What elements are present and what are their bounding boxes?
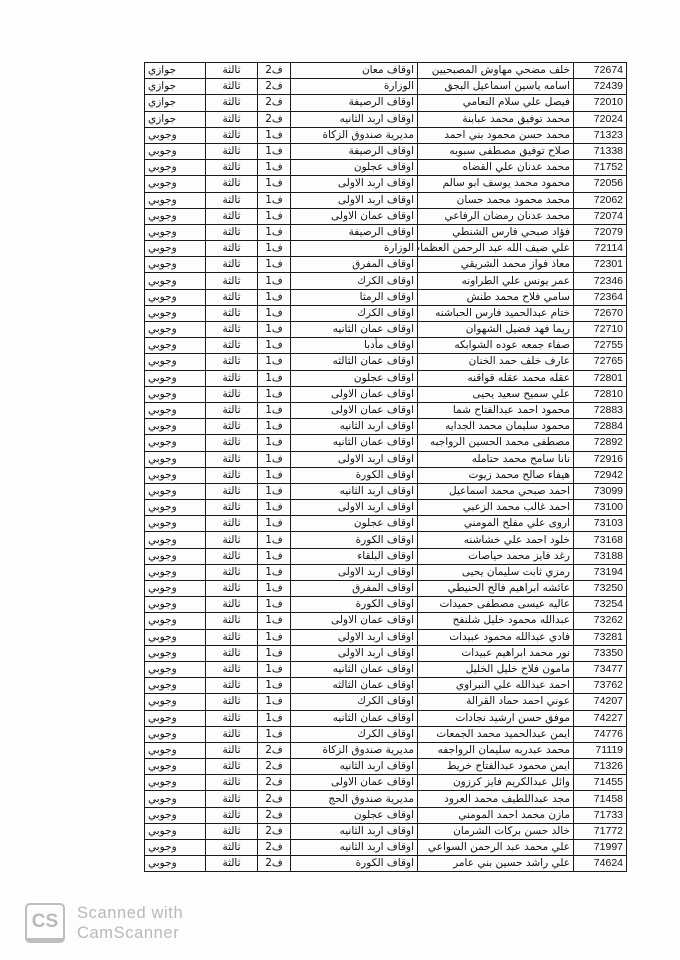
table-row: وجوبيثالثةف1اوقاف الكركايمن عبدالحميد مح… bbox=[145, 726, 627, 742]
type-cell: وجوبي bbox=[145, 467, 206, 483]
table-row: وجوبيثالثةف1اوقاف عجلونعقله محمد عقله قو… bbox=[145, 370, 627, 386]
name-cell: ريما فهد فضيل الشهوان bbox=[418, 322, 574, 338]
name-cell: محمد توفيق محمد عبابنة bbox=[418, 111, 574, 127]
category-cell: ف1 bbox=[258, 483, 291, 499]
category-cell: ف1 bbox=[258, 305, 291, 321]
department-cell: اوقاف عمان الثالثه bbox=[291, 354, 418, 370]
type-cell: وجوبي bbox=[145, 338, 206, 354]
category-cell: ف1 bbox=[258, 645, 291, 661]
table-row: وجوبيثالثةف1اوقاف الكركعمر يونس علي الطر… bbox=[145, 273, 627, 289]
department-cell: اوقاف عمان الثانيه bbox=[291, 710, 418, 726]
id-cell: 73194 bbox=[574, 564, 627, 580]
name-cell: محمد عدنان علي القضاه bbox=[418, 160, 574, 176]
department-cell: اوقاف عمان الاولى bbox=[291, 402, 418, 418]
name-cell: رمزي ثابت سليمان يحيى bbox=[418, 564, 574, 580]
table-row: جوازيثالثةف2الوزارةاسامه ياسين اسماعيل ا… bbox=[145, 79, 627, 95]
department-cell: الوزارة bbox=[291, 241, 418, 257]
name-cell: خلود احمد علي خشاشنه bbox=[418, 532, 574, 548]
type-cell: وجوبي bbox=[145, 807, 206, 823]
department-cell: اوقاف الكورة bbox=[291, 467, 418, 483]
name-cell: نور محمد ابراهيم عبيدات bbox=[418, 645, 574, 661]
grade-cell: ثالثة bbox=[206, 823, 258, 839]
type-cell: جوازي bbox=[145, 111, 206, 127]
table-row: وجوبيثالثةف1اوقاف عجلونمحمد عدنان علي ال… bbox=[145, 160, 627, 176]
name-cell: احمد عبدالله علي النبراوي bbox=[418, 678, 574, 694]
category-cell: ف1 bbox=[258, 581, 291, 597]
id-cell: 73477 bbox=[574, 661, 627, 677]
name-cell: علي سميح سعيد يحيى bbox=[418, 386, 574, 402]
name-cell: فيصل علي سلام النعامي bbox=[418, 95, 574, 111]
type-cell: وجوبي bbox=[145, 823, 206, 839]
grade-cell: ثالثة bbox=[206, 208, 258, 224]
department-cell: اوقاف المفرق bbox=[291, 257, 418, 273]
name-cell: موفق حسن ارشيد نجادات bbox=[418, 710, 574, 726]
table-row: وجوبيثالثةف2مديرية صندوق الزكاةمحمد عبدر… bbox=[145, 742, 627, 758]
id-cell: 73188 bbox=[574, 548, 627, 564]
name-cell: محمود احمد عبدالفتاح شما bbox=[418, 402, 574, 418]
category-cell: ف1 bbox=[258, 143, 291, 159]
id-cell: 72765 bbox=[574, 354, 627, 370]
name-cell: مازن محمد احمد المومني bbox=[418, 807, 574, 823]
department-cell: اوقاف اربد الاولى bbox=[291, 192, 418, 208]
type-cell: وجوبي bbox=[145, 710, 206, 726]
grade-cell: ثالثة bbox=[206, 95, 258, 111]
type-cell: وجوبي bbox=[145, 742, 206, 758]
department-cell: اوقاف عجلون bbox=[291, 516, 418, 532]
table-row: وجوبيثالثةف1اوقاف المفرقمعاذ فواز محمد ا… bbox=[145, 257, 627, 273]
table-row: وجوبيثالثةف1مديرية صندوق الزكاةمحمد حسن … bbox=[145, 127, 627, 143]
name-cell: عارف خلف حمد الخنان bbox=[418, 354, 574, 370]
name-cell: احمد صبحي محمد اسماعيل bbox=[418, 483, 574, 499]
category-cell: ف1 bbox=[258, 532, 291, 548]
id-cell: 72810 bbox=[574, 386, 627, 402]
table-row: وجوبيثالثةف1اوقاف الرصيفةصلاح توفيق مصطف… bbox=[145, 143, 627, 159]
department-cell: اوقاف عمان الاولى bbox=[291, 208, 418, 224]
table-row: وجوبيثالثةف1اوقاف اربد الاولىفادي عبدالل… bbox=[145, 629, 627, 645]
table-row: وجوبيثالثةف1اوقاف عمان الاولىعلي سميح سع… bbox=[145, 386, 627, 402]
grade-cell: ثالثة bbox=[206, 483, 258, 499]
table-row: جوازيثالثةف2اوقاف اربد الثانيهمحمد توفيق… bbox=[145, 111, 627, 127]
type-cell: وجوبي bbox=[145, 322, 206, 338]
grade-cell: ثالثة bbox=[206, 176, 258, 192]
category-cell: ف1 bbox=[258, 678, 291, 694]
name-cell: فؤاد صبحي فارس الشنطي bbox=[418, 224, 574, 240]
category-cell: ف1 bbox=[258, 338, 291, 354]
name-cell: نانا سامح محمد حتامله bbox=[418, 451, 574, 467]
department-cell: اوقاف الكورة bbox=[291, 532, 418, 548]
department-cell: اوقاف اربد الثانيه bbox=[291, 483, 418, 499]
department-cell: اوقاف عمان الاولى bbox=[291, 386, 418, 402]
table-row: وجوبيثالثةف1اوقاف اربد الثانيهمحمود سليم… bbox=[145, 419, 627, 435]
department-cell: اوقاف اربد الثانيه bbox=[291, 759, 418, 775]
name-cell: احمد غالب محمد الزعبي bbox=[418, 500, 574, 516]
category-cell: ف1 bbox=[258, 419, 291, 435]
type-cell: وجوبي bbox=[145, 694, 206, 710]
grade-cell: ثالثة bbox=[206, 775, 258, 791]
grade-cell: ثالثة bbox=[206, 645, 258, 661]
category-cell: ف2 bbox=[258, 742, 291, 758]
grade-cell: ثالثة bbox=[206, 451, 258, 467]
name-cell: عاليه عيسى مصطفى حميدات bbox=[418, 597, 574, 613]
name-cell: اسامه ياسين اسماعيل البجق bbox=[418, 79, 574, 95]
id-cell: 72670 bbox=[574, 305, 627, 321]
id-cell: 73281 bbox=[574, 629, 627, 645]
table-row: وجوبيثالثةف1اوقاف اربد الاولىنانا سامح م… bbox=[145, 451, 627, 467]
department-cell: اوقاف اربد الثانيه bbox=[291, 419, 418, 435]
camscanner-logo-icon: CS bbox=[25, 903, 65, 943]
grade-cell: ثالثة bbox=[206, 467, 258, 483]
type-cell: وجوبي bbox=[145, 289, 206, 305]
id-cell: 72010 bbox=[574, 95, 627, 111]
name-cell: وائل عبدالكريم فايز كرزون bbox=[418, 775, 574, 791]
department-cell: اوقاف عمان الثانيه bbox=[291, 661, 418, 677]
name-cell: مجد عبداللطيف محمد العرود bbox=[418, 791, 574, 807]
watermark-line1: Scanned with bbox=[77, 903, 183, 923]
grade-cell: ثالثة bbox=[206, 564, 258, 580]
type-cell: وجوبي bbox=[145, 548, 206, 564]
department-cell: اوقاف الكرك bbox=[291, 694, 418, 710]
category-cell: ف2 bbox=[258, 111, 291, 127]
category-cell: ف1 bbox=[258, 370, 291, 386]
grade-cell: ثالثة bbox=[206, 160, 258, 176]
category-cell: ف1 bbox=[258, 257, 291, 273]
grade-cell: ثالثة bbox=[206, 694, 258, 710]
category-cell: ف1 bbox=[258, 661, 291, 677]
scanned-page: جوازيثالثةف2اوقاف معانخلف مضحي مهاوش الم… bbox=[0, 0, 680, 960]
type-cell: وجوبي bbox=[145, 564, 206, 580]
name-cell: ختام عبدالحميد فارس الحباشنه bbox=[418, 305, 574, 321]
type-cell: وجوبي bbox=[145, 483, 206, 499]
table-row: وجوبيثالثةف1اوقاف اربد الاولىمحمود محمد … bbox=[145, 176, 627, 192]
name-cell: عقله محمد عقله قواقنه bbox=[418, 370, 574, 386]
department-cell: مديرية صندوق الزكاة bbox=[291, 127, 418, 143]
department-cell: اوقاف الكرك bbox=[291, 726, 418, 742]
table-row: وجوبيثالثةف2اوقاف اربد الثانيهعلي محمد ع… bbox=[145, 840, 627, 856]
table-row: وجوبيثالثةف1الوزارةعلي ضيف الله عبد الرح… bbox=[145, 241, 627, 257]
type-cell: جوازي bbox=[145, 95, 206, 111]
department-cell: اوقاف اربد الاولى bbox=[291, 564, 418, 580]
type-cell: وجوبي bbox=[145, 451, 206, 467]
department-cell: اوقاف الرمثا bbox=[291, 289, 418, 305]
category-cell: ف1 bbox=[258, 726, 291, 742]
name-cell: محمود محمد يوسف ابو سالم bbox=[418, 176, 574, 192]
category-cell: ف1 bbox=[258, 127, 291, 143]
id-cell: 71323 bbox=[574, 127, 627, 143]
type-cell: وجوبي bbox=[145, 305, 206, 321]
grade-cell: ثالثة bbox=[206, 500, 258, 516]
grade-cell: ثالثة bbox=[206, 613, 258, 629]
name-cell: فادي عبدالله محمود عبيدات bbox=[418, 629, 574, 645]
id-cell: 72056 bbox=[574, 176, 627, 192]
grade-cell: ثالثة bbox=[206, 192, 258, 208]
department-cell: اوقاف الكرك bbox=[291, 305, 418, 321]
department-cell: اوقاف الكرك bbox=[291, 273, 418, 289]
grade-cell: ثالثة bbox=[206, 678, 258, 694]
category-cell: ف1 bbox=[258, 629, 291, 645]
type-cell: وجوبي bbox=[145, 726, 206, 742]
id-cell: 74624 bbox=[574, 856, 627, 872]
table-row: وجوبيثالثةف2اوقاف عجلونمازن محمد احمد ال… bbox=[145, 807, 627, 823]
employee-table: جوازيثالثةف2اوقاف معانخلف مضحي مهاوش الم… bbox=[144, 62, 627, 872]
department-cell: اوقاف عمان الاولى bbox=[291, 613, 418, 629]
table-row: وجوبيثالثةف1اوقاف اربد الاولىاحمد غالب م… bbox=[145, 500, 627, 516]
id-cell: 73099 bbox=[574, 483, 627, 499]
category-cell: ف2 bbox=[258, 791, 291, 807]
id-cell: 71733 bbox=[574, 807, 627, 823]
table-row: وجوبيثالثةف1اوقاف عمان الثالثهاحمد عبدال… bbox=[145, 678, 627, 694]
grade-cell: ثالثة bbox=[206, 273, 258, 289]
table-row: وجوبيثالثةف1اوقاف عمان الثانيهمامون فلاح… bbox=[145, 661, 627, 677]
table-row: وجوبيثالثةف1اوقاف عجلوناروى علي مفلح الم… bbox=[145, 516, 627, 532]
grade-cell: ثالثة bbox=[206, 742, 258, 758]
grade-cell: ثالثة bbox=[206, 629, 258, 645]
watermark-text: Scanned with CamScanner bbox=[77, 903, 183, 943]
category-cell: ف1 bbox=[258, 710, 291, 726]
id-cell: 72801 bbox=[574, 370, 627, 386]
type-cell: وجوبي bbox=[145, 241, 206, 257]
table-row: وجوبيثالثةف2اوقاف اربد الثانيهايمن محمود… bbox=[145, 759, 627, 775]
type-cell: وجوبي bbox=[145, 224, 206, 240]
id-cell: 72062 bbox=[574, 192, 627, 208]
category-cell: ف1 bbox=[258, 500, 291, 516]
table-row: وجوبيثالثةف1اوقاف عمان الثالثهعارف خلف ح… bbox=[145, 354, 627, 370]
department-cell: اوقاف الرصيفة bbox=[291, 95, 418, 111]
type-cell: وجوبي bbox=[145, 629, 206, 645]
watermark-line2: CamScanner bbox=[77, 923, 183, 943]
category-cell: ف1 bbox=[258, 516, 291, 532]
grade-cell: ثالثة bbox=[206, 79, 258, 95]
type-cell: وجوبي bbox=[145, 435, 206, 451]
type-cell: وجوبي bbox=[145, 500, 206, 516]
grade-cell: ثالثة bbox=[206, 807, 258, 823]
table-row: وجوبيثالثةف1اوقاف عمان الثانيهريما فهد ف… bbox=[145, 322, 627, 338]
name-cell: محمد محمود محمد حسان bbox=[418, 192, 574, 208]
category-cell: ف1 bbox=[258, 289, 291, 305]
id-cell: 72439 bbox=[574, 79, 627, 95]
id-cell: 72674 bbox=[574, 63, 627, 79]
id-cell: 72892 bbox=[574, 435, 627, 451]
type-cell: وجوبي bbox=[145, 516, 206, 532]
grade-cell: ثالثة bbox=[206, 581, 258, 597]
name-cell: عبدالله محمود خليل شلنفح bbox=[418, 613, 574, 629]
id-cell: 72710 bbox=[574, 322, 627, 338]
table-row: وجوبيثالثةف2اوقاف اربد الثانيهخالد حسن ب… bbox=[145, 823, 627, 839]
department-cell: اوقاف عجلون bbox=[291, 370, 418, 386]
type-cell: وجوبي bbox=[145, 208, 206, 224]
id-cell: 72883 bbox=[574, 402, 627, 418]
department-cell: اوقاف معان bbox=[291, 63, 418, 79]
id-cell: 72884 bbox=[574, 419, 627, 435]
grade-cell: ثالثة bbox=[206, 63, 258, 79]
table-row: وجوبيثالثةف1اوقاف اربد الاولىرمزي ثابت س… bbox=[145, 564, 627, 580]
id-cell: 72942 bbox=[574, 467, 627, 483]
table-row: وجوبيثالثةف1اوقاف عمان الاولىمحمود احمد … bbox=[145, 402, 627, 418]
category-cell: ف1 bbox=[258, 386, 291, 402]
table-row: وجوبيثالثةف1اوقاف عمان الثانيهموفق حسن ا… bbox=[145, 710, 627, 726]
table-row: وجوبيثالثةف2مديرية صندوق الحجمجد عبداللط… bbox=[145, 791, 627, 807]
type-cell: وجوبي bbox=[145, 127, 206, 143]
type-cell: وجوبي bbox=[145, 273, 206, 289]
category-cell: ف1 bbox=[258, 224, 291, 240]
department-cell: اوقاف البلقاء bbox=[291, 548, 418, 564]
grade-cell: ثالثة bbox=[206, 322, 258, 338]
type-cell: وجوبي bbox=[145, 419, 206, 435]
type-cell: وجوبي bbox=[145, 143, 206, 159]
type-cell: وجوبي bbox=[145, 402, 206, 418]
id-cell: 73254 bbox=[574, 597, 627, 613]
category-cell: ف2 bbox=[258, 759, 291, 775]
grade-cell: ثالثة bbox=[206, 856, 258, 872]
category-cell: ف2 bbox=[258, 807, 291, 823]
category-cell: ف1 bbox=[258, 354, 291, 370]
grade-cell: ثالثة bbox=[206, 386, 258, 402]
name-cell: اروى علي مفلح المومني bbox=[418, 516, 574, 532]
category-cell: ف2 bbox=[258, 95, 291, 111]
table-body: جوازيثالثةف2اوقاف معانخلف مضحي مهاوش الم… bbox=[145, 63, 627, 872]
table-row: وجوبيثالثةف2اوقاف الكورةعلي راشد حسين بن… bbox=[145, 856, 627, 872]
grade-cell: ثالثة bbox=[206, 840, 258, 856]
table-row: وجوبيثالثةف1اوقاف مأدباصفاء جمعه عوده ال… bbox=[145, 338, 627, 354]
id-cell: 73100 bbox=[574, 500, 627, 516]
type-cell: وجوبي bbox=[145, 678, 206, 694]
table-row: وجوبيثالثةف1اوقاف البلقاءرغد فايز محمد ح… bbox=[145, 548, 627, 564]
grade-cell: ثالثة bbox=[206, 338, 258, 354]
id-cell: 72755 bbox=[574, 338, 627, 354]
name-cell: رغد فايز محمد حياصات bbox=[418, 548, 574, 564]
category-cell: ف2 bbox=[258, 63, 291, 79]
type-cell: وجوبي bbox=[145, 645, 206, 661]
name-cell: عوني احمد حماد القرالة bbox=[418, 694, 574, 710]
name-cell: علي محمد عبد الرحمن السواعي bbox=[418, 840, 574, 856]
category-cell: ف1 bbox=[258, 451, 291, 467]
id-cell: 73103 bbox=[574, 516, 627, 532]
department-cell: اوقاف الكورة bbox=[291, 856, 418, 872]
table-row: وجوبيثالثةف1اوقاف الكورةعاليه عيسى مصطفى… bbox=[145, 597, 627, 613]
name-cell: محمود سليمان محمد الجدايه bbox=[418, 419, 574, 435]
type-cell: وجوبي bbox=[145, 160, 206, 176]
name-cell: عمر يونس علي الطراونه bbox=[418, 273, 574, 289]
grade-cell: ثالثة bbox=[206, 597, 258, 613]
table-row: جوازيثالثةف2اوقاف الرصيفةفيصل علي سلام ا… bbox=[145, 95, 627, 111]
department-cell: اوقاف عمان الثانيه bbox=[291, 435, 418, 451]
table-row: وجوبيثالثةف1اوقاف الرصيفةفؤاد صبحي فارس … bbox=[145, 224, 627, 240]
id-cell: 72074 bbox=[574, 208, 627, 224]
name-cell: ايمن محمود عبدالفتاح خريط bbox=[418, 759, 574, 775]
grade-cell: ثالثة bbox=[206, 661, 258, 677]
type-cell: وجوبي bbox=[145, 775, 206, 791]
name-cell: خلف مضحي مهاوش المصبحيين bbox=[418, 63, 574, 79]
department-cell: اوقاف الكورة bbox=[291, 597, 418, 613]
table-row: جوازيثالثةف2اوقاف معانخلف مضحي مهاوش الم… bbox=[145, 63, 627, 79]
department-cell: اوقاف اربد الاولى bbox=[291, 645, 418, 661]
grade-cell: ثالثة bbox=[206, 516, 258, 532]
name-cell: علي راشد حسين بني عامر bbox=[418, 856, 574, 872]
table-row: وجوبيثالثةف1اوقاف الكورةخلود احمد علي خش… bbox=[145, 532, 627, 548]
category-cell: ف1 bbox=[258, 176, 291, 192]
table-row: وجوبيثالثةف1اوقاف الرمثاسامي فلاح محمد ط… bbox=[145, 289, 627, 305]
category-cell: ف1 bbox=[258, 435, 291, 451]
department-cell: اوقاف الرصيفة bbox=[291, 143, 418, 159]
id-cell: 71119 bbox=[574, 742, 627, 758]
category-cell: ف1 bbox=[258, 548, 291, 564]
name-cell: معاذ فواز محمد الشريقي bbox=[418, 257, 574, 273]
name-cell: هيفاء صالح محمد زيوت bbox=[418, 467, 574, 483]
type-cell: وجوبي bbox=[145, 532, 206, 548]
table-row: وجوبيثالثةف1اوقاف اربد الثانيهاحمد صبحي … bbox=[145, 483, 627, 499]
name-cell: محمد عبدربه سليمان الرواجفه bbox=[418, 742, 574, 758]
name-cell: صلاح توفيق مصطفى سبوبه bbox=[418, 143, 574, 159]
name-cell: محمد حسن محمود بني احمد bbox=[418, 127, 574, 143]
id-cell: 71455 bbox=[574, 775, 627, 791]
department-cell: اوقاف اربد الاولى bbox=[291, 500, 418, 516]
id-cell: 73168 bbox=[574, 532, 627, 548]
category-cell: ف1 bbox=[258, 597, 291, 613]
department-cell: اوقاف مأدبا bbox=[291, 338, 418, 354]
category-cell: ف2 bbox=[258, 856, 291, 872]
table-row: وجوبيثالثةف1اوقاف اربد الاولىمحمد محمود … bbox=[145, 192, 627, 208]
department-cell: اوقاف عمان الاولى bbox=[291, 775, 418, 791]
id-cell: 74776 bbox=[574, 726, 627, 742]
camscanner-watermark: CS Scanned with CamScanner bbox=[25, 903, 183, 943]
category-cell: ف1 bbox=[258, 208, 291, 224]
table-row: وجوبيثالثةف1اوقاف المفرقعائشه ابراهيم فا… bbox=[145, 581, 627, 597]
table-row: وجوبيثالثةف2اوقاف عمان الاولىوائل عبدالك… bbox=[145, 775, 627, 791]
category-cell: ف2 bbox=[258, 840, 291, 856]
name-cell: عائشه ابراهيم فالح الحنيطي bbox=[418, 581, 574, 597]
type-cell: وجوبي bbox=[145, 581, 206, 597]
table-row: وجوبيثالثةف1اوقاف اربد الاولىنور محمد اب… bbox=[145, 645, 627, 661]
type-cell: وجوبي bbox=[145, 613, 206, 629]
department-cell: اوقاف اربد الثانيه bbox=[291, 111, 418, 127]
id-cell: 71338 bbox=[574, 143, 627, 159]
grade-cell: ثالثة bbox=[206, 127, 258, 143]
name-cell: محمد عدنان رمضان الرفاعي bbox=[418, 208, 574, 224]
grade-cell: ثالثة bbox=[206, 791, 258, 807]
name-cell: مصطفى محمد الحسين الرواجبه bbox=[418, 435, 574, 451]
table-row: وجوبيثالثةف1اوقاف الكركعوني احمد حماد ال… bbox=[145, 694, 627, 710]
name-cell: مامون فلاح خليل الخليل bbox=[418, 661, 574, 677]
grade-cell: ثالثة bbox=[206, 224, 258, 240]
grade-cell: ثالثة bbox=[206, 710, 258, 726]
name-cell: ايمن عبدالحميد محمد الجمعات bbox=[418, 726, 574, 742]
type-cell: وجوبي bbox=[145, 257, 206, 273]
department-cell: اوقاف المفرق bbox=[291, 581, 418, 597]
department-cell: اوقاف الرصيفة bbox=[291, 224, 418, 240]
name-cell: خالد حسن بركات الشرمان bbox=[418, 823, 574, 839]
department-cell: مديرية صندوق الزكاة bbox=[291, 742, 418, 758]
category-cell: ف1 bbox=[258, 467, 291, 483]
type-cell: وجوبي bbox=[145, 791, 206, 807]
grade-cell: ثالثة bbox=[206, 143, 258, 159]
department-cell: اوقاف عمان الثالثه bbox=[291, 678, 418, 694]
type-cell: وجوبي bbox=[145, 840, 206, 856]
department-cell: اوقاف اربد الاولى bbox=[291, 176, 418, 192]
id-cell: 71458 bbox=[574, 791, 627, 807]
grade-cell: ثالثة bbox=[206, 532, 258, 548]
department-cell: اوقاف اربد الاولى bbox=[291, 451, 418, 467]
department-cell: اوقاف عجلون bbox=[291, 807, 418, 823]
grade-cell: ثالثة bbox=[206, 435, 258, 451]
id-cell: 71326 bbox=[574, 759, 627, 775]
id-cell: 71752 bbox=[574, 160, 627, 176]
name-cell: سامي فلاح محمد طنش bbox=[418, 289, 574, 305]
id-cell: 72916 bbox=[574, 451, 627, 467]
category-cell: ف1 bbox=[258, 564, 291, 580]
table-row: وجوبيثالثةف1اوقاف عمان الثانيهمصطفى محمد… bbox=[145, 435, 627, 451]
category-cell: ف1 bbox=[258, 241, 291, 257]
id-cell: 73762 bbox=[574, 678, 627, 694]
table-row: وجوبيثالثةف1اوقاف عمان الاولىعبدالله محم… bbox=[145, 613, 627, 629]
